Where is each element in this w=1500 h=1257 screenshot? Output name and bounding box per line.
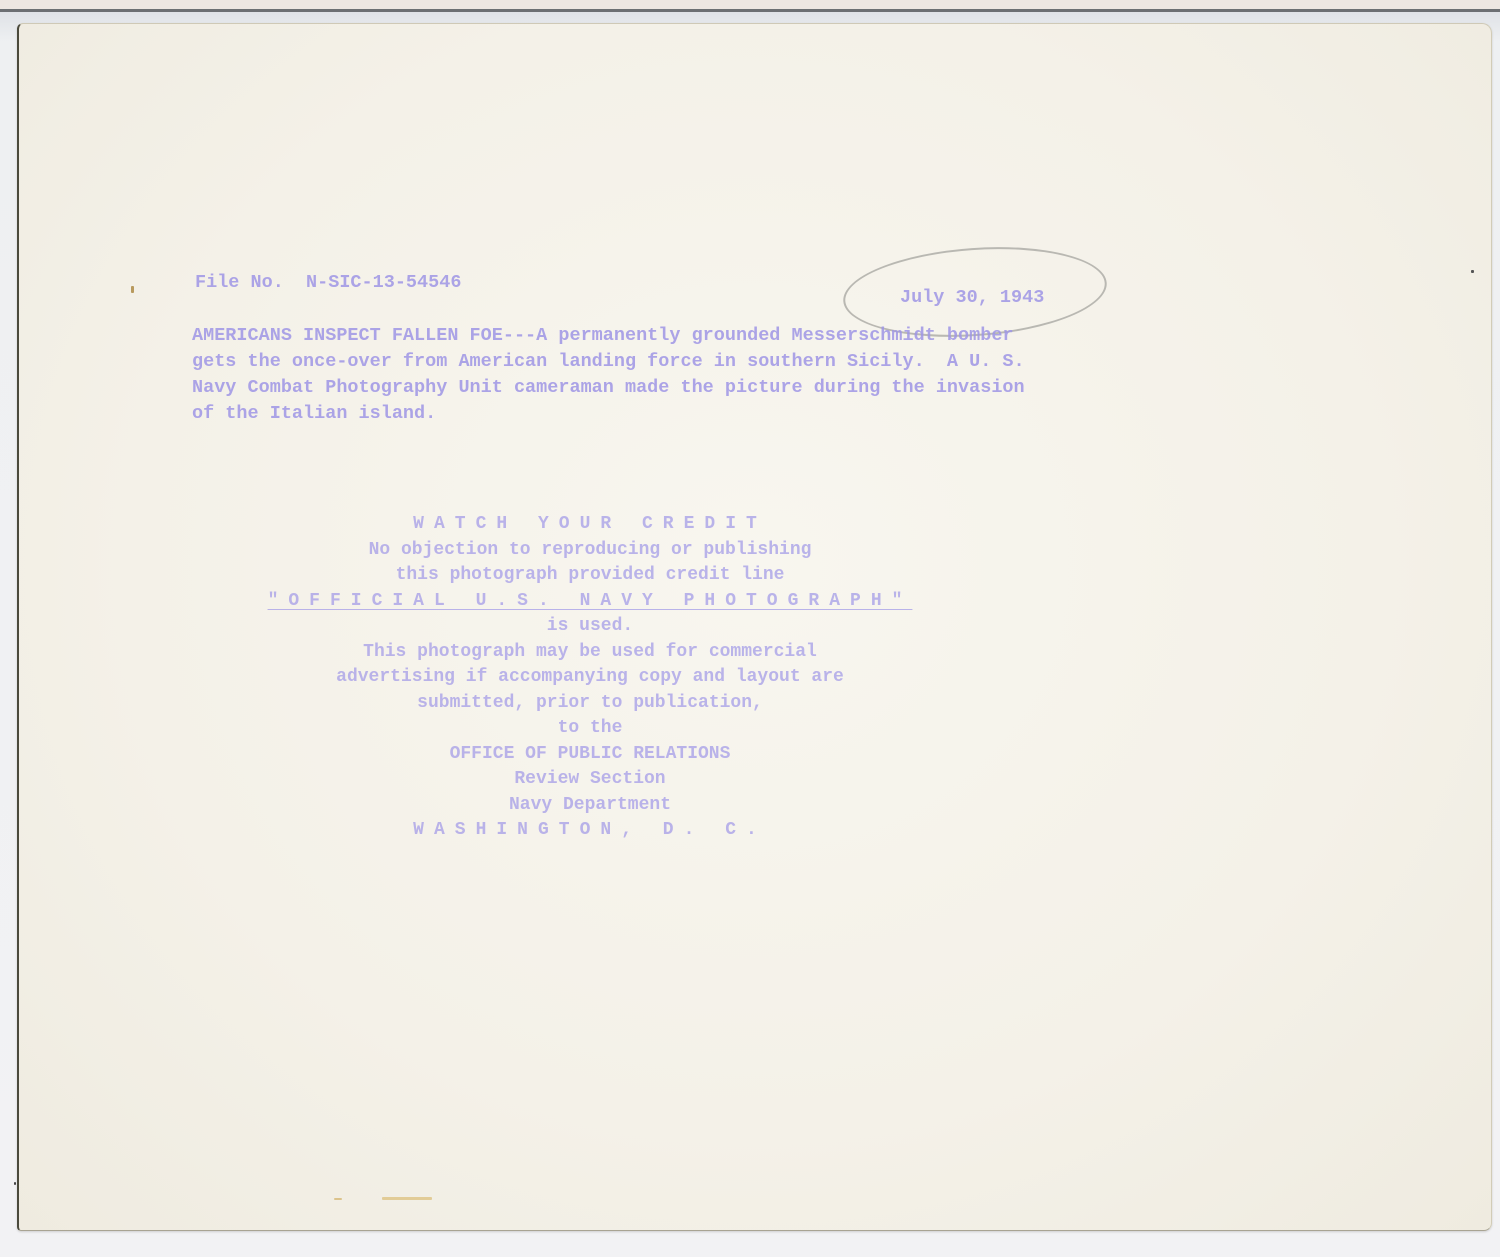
paper-speck: [334, 1198, 342, 1200]
credit-heading: WATCH YOUR CREDIT: [250, 512, 930, 538]
file-number: File No. N-SIC-13-54546: [195, 270, 461, 296]
credit-line: submitted, prior to publication,: [250, 691, 930, 717]
caption-line: AMERICANS INSPECT FALLEN FOE---A permane…: [192, 325, 1014, 346]
caption-line: gets the once-over from American landing…: [192, 351, 1025, 372]
paper-speck: [1471, 270, 1474, 273]
paper-speck: [382, 1197, 432, 1200]
caption-block: AMERICANS INSPECT FALLEN FOE---A permane…: [192, 323, 1025, 427]
credit-line: this photograph provided credit line: [250, 563, 930, 589]
section-name: Review Section: [250, 767, 930, 793]
date-stamp: July 30, 1943: [900, 285, 1044, 311]
caption-line: of the Italian island.: [192, 403, 436, 424]
paper-speck: [14, 1182, 16, 1185]
top-strip: [0, 0, 1500, 9]
office-name: OFFICE OF PUBLIC RELATIONS: [250, 742, 930, 768]
credit-line: advertising if accompanying copy and lay…: [250, 665, 930, 691]
department-name: Navy Department: [250, 793, 930, 819]
caption-line: Navy Combat Photography Unit cameraman m…: [192, 377, 1025, 398]
credit-line: is used.: [250, 614, 930, 640]
credit-line: This photograph may be used for commerci…: [250, 640, 930, 666]
official-credit-line: "OFFICIAL U.S. NAVY PHOTOGRAPH": [250, 589, 930, 615]
credit-notice-stamp: WATCH YOUR CREDIT No objection to reprod…: [250, 512, 930, 844]
credit-line: No objection to reproducing or publishin…: [250, 538, 930, 564]
location: WASHINGTON, D. C.: [250, 818, 930, 844]
paper-speck: [131, 286, 134, 293]
credit-line: to the: [250, 716, 930, 742]
